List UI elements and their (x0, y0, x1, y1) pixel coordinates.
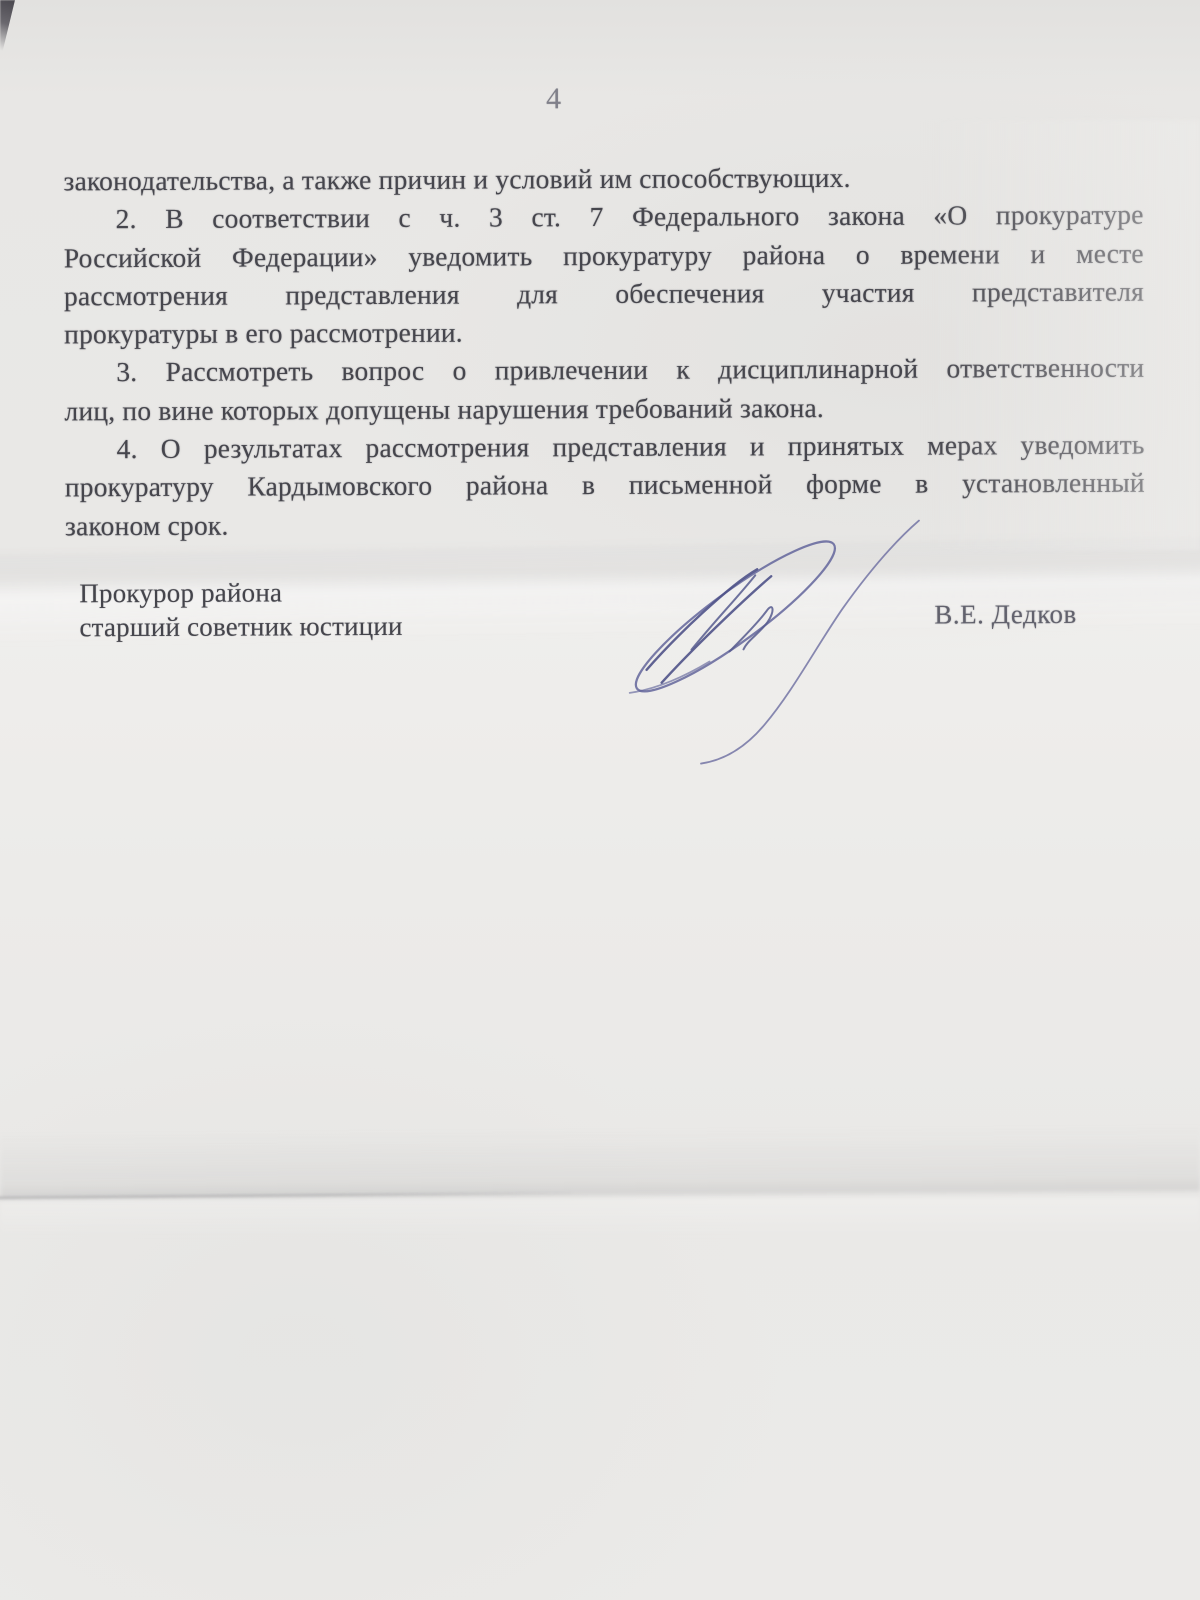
text-line: лиц, по вине которых допущены нарушения … (64, 387, 1144, 430)
page-number: 4 (514, 82, 594, 116)
text-line: 4. О результатах рассмотрения представле… (65, 426, 1145, 469)
text-line: прокуратуры в его рассмотрении. (64, 311, 1144, 354)
handwritten-signature (581, 499, 922, 800)
signer-title-block: Прокурор района старший советник юстиции (79, 576, 403, 644)
text-line: законодательства, а также причин и услов… (63, 158, 1143, 201)
signer-title-line: Прокурор района (79, 576, 402, 611)
signer-title-line: старший советник юстиции (79, 609, 402, 644)
document-body: законодательства, а также причин и услов… (63, 158, 1145, 546)
text-line: Российской Федерации» уведомить прокурат… (64, 234, 1144, 277)
signer-name: В.Е. Дедков (934, 599, 1076, 631)
text-line: 2. В соответствии с ч. 3 ст. 7 Федеральн… (64, 196, 1144, 239)
paragraph: 2. В соответствии с ч. 3 ст. 7 Федеральн… (64, 196, 1145, 354)
paragraph: законодательства, а также причин и услов… (63, 158, 1143, 201)
document-content: 4 законодательства, а также причин и усл… (0, 0, 1200, 1600)
scanned-document-page: 4 законодательства, а также причин и усл… (0, 0, 1200, 1600)
paragraph: 3. Рассмотреть вопрос о привлечении к ди… (64, 349, 1144, 430)
text-line: 3. Рассмотреть вопрос о привлечении к ди… (64, 349, 1144, 392)
text-line: рассмотрения представления для обеспечен… (64, 273, 1144, 316)
